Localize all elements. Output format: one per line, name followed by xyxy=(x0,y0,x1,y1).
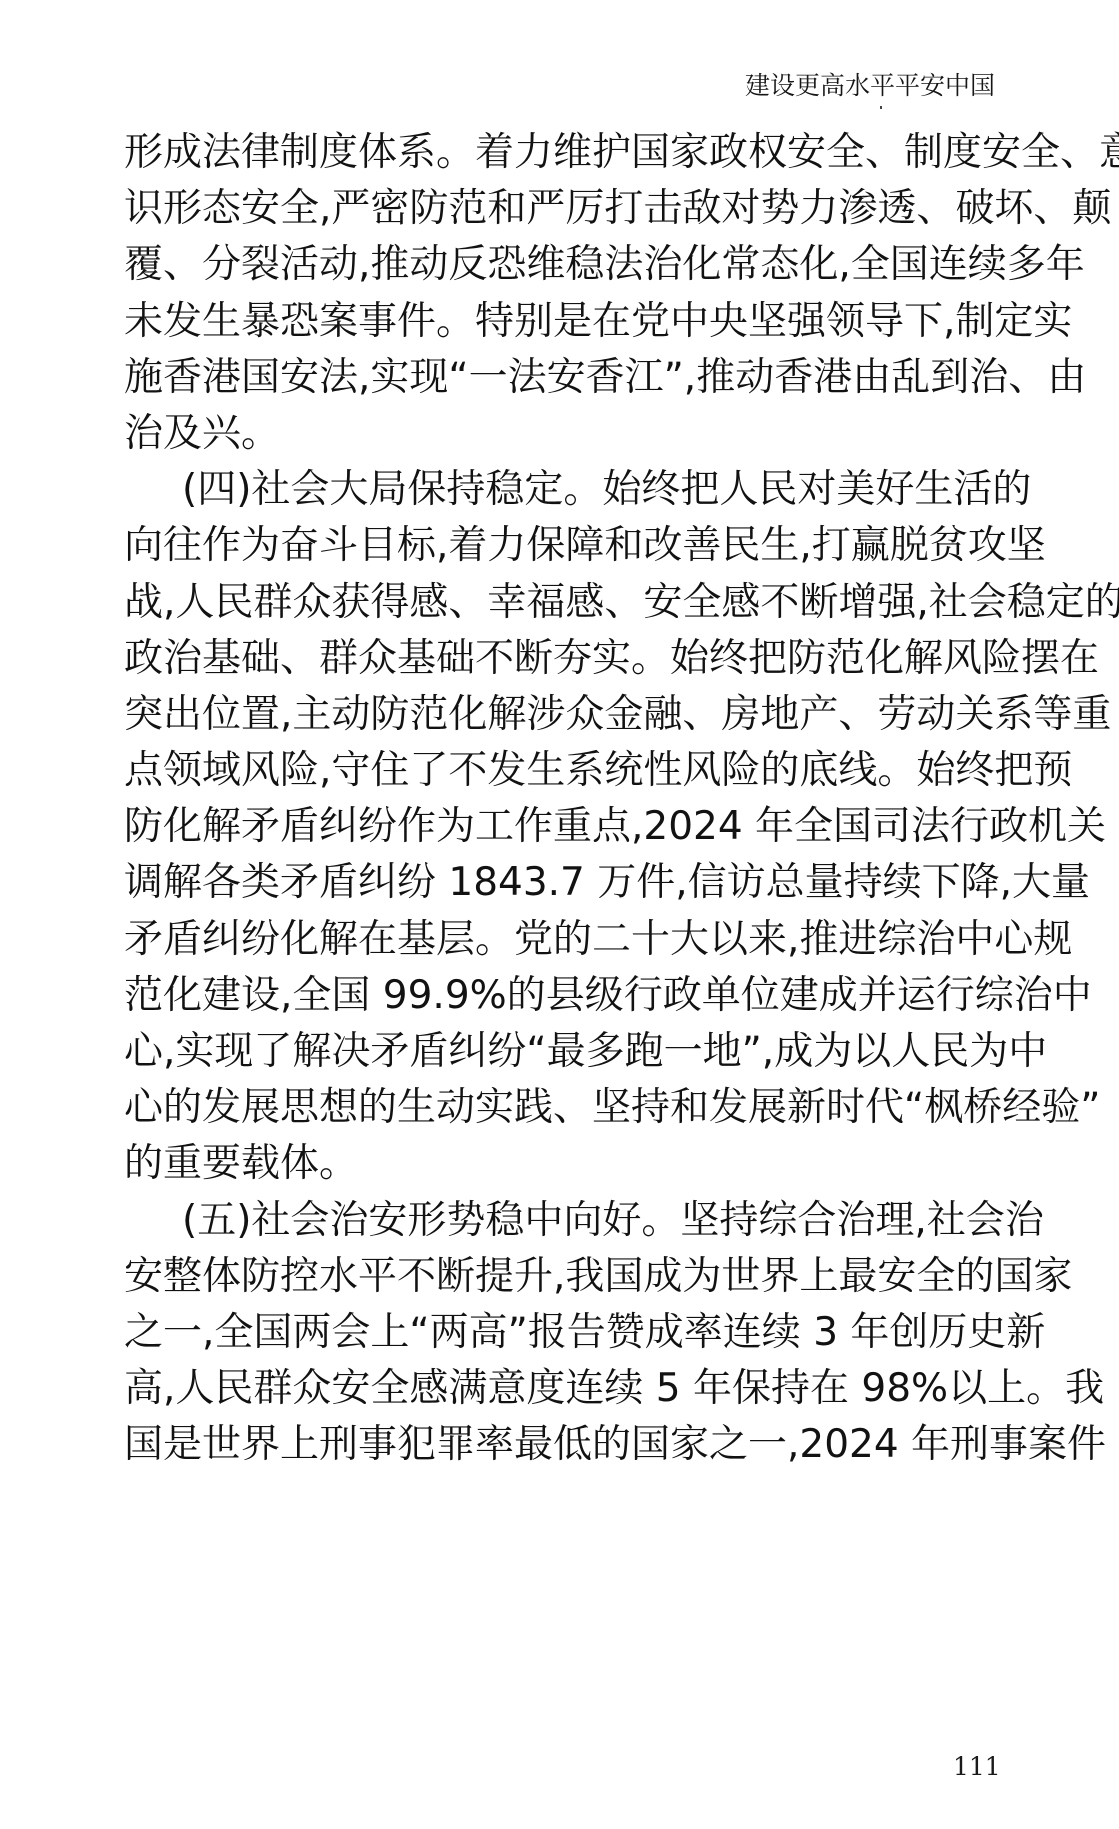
text-line: 治及兴。 xyxy=(124,406,996,462)
text-line: 之一,全国两会上“两高”报告赞成率连续 3 年创历史新 xyxy=(124,1305,996,1361)
text-line: 战,人民群众获得感、幸福感、安全感不断增强,社会稳定的 xyxy=(124,575,996,631)
text-line: 安整体防控水平不断提升,我国成为世界上最安全的国家 xyxy=(124,1249,996,1305)
page-number: 111 xyxy=(953,1752,1001,1781)
text-line: 点领域风险,守住了不发生系统性风险的底线。始终把预 xyxy=(124,743,996,799)
text-line: 高,人民群众安全感满意度连续 5 年保持在 98%以上。我 xyxy=(124,1361,996,1417)
paragraph-section-5: (五)社会治安形势稳中向好。坚持综合治理,社会治 安整体防控水平不断提升,我国成… xyxy=(124,1193,996,1474)
header-dot xyxy=(880,106,882,109)
text-line: 向往作为奋斗目标,着力保障和改善民生,打赢脱贫攻坚 xyxy=(124,518,996,574)
paragraph-continuation: 形成法律制度体系。着力维护国家政权安全、制度安全、意 识形态安全,严密防范和严厉… xyxy=(124,125,996,462)
text-line: 国是世界上刑事犯罪率最低的国家之一,2024 年刑事案件 xyxy=(124,1417,996,1473)
text-line: 防化解矛盾纠纷作为工作重点,2024 年全国司法行政机关 xyxy=(124,799,996,855)
text-line: 心的发展思想的生动实践、坚持和发展新时代“枫桥经验” xyxy=(124,1080,996,1136)
text-line: 范化建设,全国 99.9%的县级行政单位建成并运行综治中 xyxy=(124,968,996,1024)
text-line: 矛盾纠纷化解在基层。党的二十大以来,推进综治中心规 xyxy=(124,912,996,968)
section-heading-line: (五)社会治安形势稳中向好。坚持综合治理,社会治 xyxy=(124,1193,996,1249)
body-text: 形成法律制度体系。着力维护国家政权安全、制度安全、意 识形态安全,严密防范和严厉… xyxy=(124,125,996,1474)
text-line: 覆、分裂活动,推动反恐维稳法治化常态化,全国连续多年 xyxy=(124,237,996,293)
text-line: 突出位置,主动防范化解涉众金融、房地产、劳动关系等重 xyxy=(124,687,996,743)
text-line: 施香港国安法,实现“一法安香江”,推动香港由乱到治、由 xyxy=(124,350,996,406)
text-line: 调解各类矛盾纠纷 1843.7 万件,信访总量持续下降,大量 xyxy=(124,855,996,911)
running-header: 建设更高水平平安中国 xyxy=(745,66,995,102)
text-line: 的重要载体。 xyxy=(124,1136,996,1192)
paragraph-section-4: (四)社会大局保持稳定。始终把人民对美好生活的 向往作为奋斗目标,着力保障和改善… xyxy=(124,462,996,1192)
text-line: 形成法律制度体系。着力维护国家政权安全、制度安全、意 xyxy=(124,125,996,181)
text-line: 未发生暴恐案事件。特别是在党中央坚强领导下,制定实 xyxy=(124,294,996,350)
text-line: 政治基础、群众基础不断夯实。始终把防范化解风险摆在 xyxy=(124,631,996,687)
section-heading-line: (四)社会大局保持稳定。始终把人民对美好生活的 xyxy=(124,462,996,518)
text-line: 识形态安全,严密防范和严厉打击敌对势力渗透、破坏、颠 xyxy=(124,181,996,237)
text-line: 心,实现了解决矛盾纠纷“最多跑一地”,成为以人民为中 xyxy=(124,1024,996,1080)
